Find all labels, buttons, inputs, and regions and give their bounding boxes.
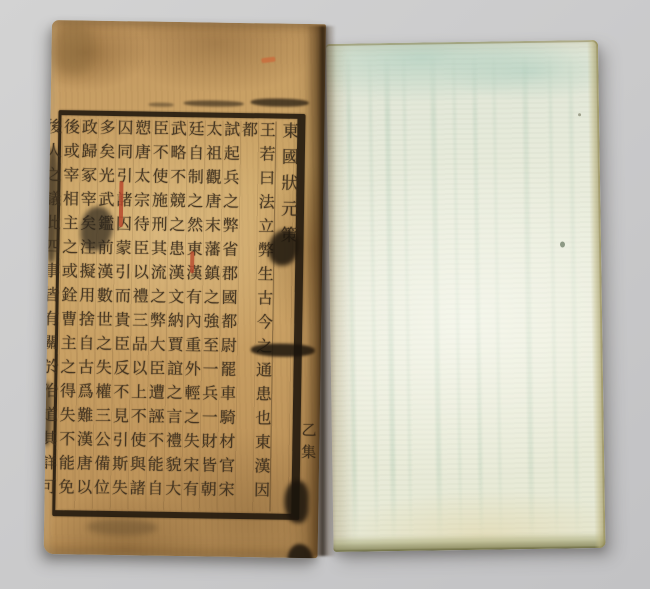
page-edges-bottom <box>333 532 605 552</box>
red-mark <box>119 181 124 227</box>
volume-label: 乙集 <box>298 422 320 466</box>
ink-smudge-top-1 <box>149 103 174 107</box>
paper-speck <box>560 241 565 247</box>
crease-line <box>452 54 462 540</box>
crease-line <box>402 55 412 541</box>
text-block: 東國狀元策 王若曰法立弊生古今之通患也東漢因都 試起兵之弊省郡國都尉罷車騎材官宋… <box>56 118 298 512</box>
crease-line <box>368 55 378 541</box>
crease-line <box>384 55 396 541</box>
crease-line <box>346 56 357 542</box>
right-page <box>326 40 606 552</box>
ink-smudge-top-2 <box>184 100 244 107</box>
bottom-margin-smudge <box>87 519 157 536</box>
red-mark <box>190 251 194 273</box>
page-edges-right <box>587 40 606 548</box>
corner-stain <box>53 22 94 75</box>
left-page: 東國狀元策 王若曰法立弊生古今之通患也東漢因都 試起兵之弊省郡國都尉罷車騎材官宋… <box>44 20 326 558</box>
paper-speck <box>578 113 581 116</box>
red-mark <box>261 57 276 64</box>
ink-blob-frame-bottom <box>284 481 309 523</box>
crease-line <box>548 53 558 539</box>
photo-background: 東國狀元策 王若曰法立弊生古今之通患也東漢因都 試起兵之弊省郡國都尉罷車騎材官宋… <box>0 0 650 589</box>
crease-line <box>430 54 442 540</box>
text-column: 王若曰法立弊生古今之通患也東漢因都 <box>234 121 276 512</box>
ink-smudge-top-3 <box>251 98 309 107</box>
crease-line <box>492 53 502 539</box>
crease-line <box>568 52 579 538</box>
ink-blob-bottom-margin <box>287 544 314 558</box>
crease-line <box>522 53 534 539</box>
crease-line <box>472 54 483 540</box>
